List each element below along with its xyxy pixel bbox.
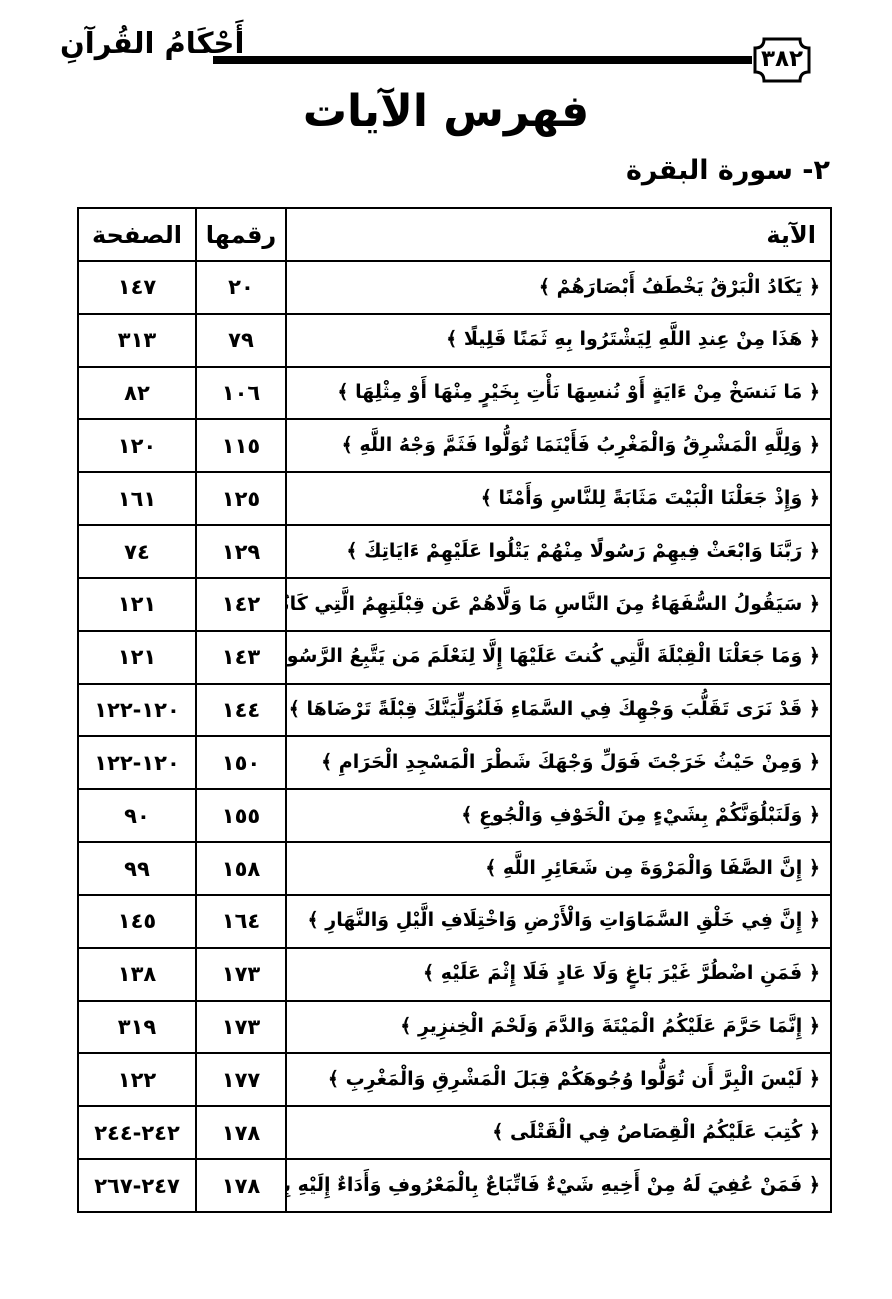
table-row: ﴿ لَيْسَ الْبِرَّ أَن تُوَلُّوا وُجُوهَك…: [78, 1053, 831, 1106]
table-row: ﴿ إِنَّمَا حَرَّمَ عَلَيْكُمُ الْمَيْتَة…: [78, 1001, 831, 1054]
number-cell: ١٢٩: [196, 525, 286, 578]
page-title: فهرس الآيات: [0, 86, 892, 137]
page-cell: ١٤٧: [78, 261, 196, 314]
number-cell: ١٧٣: [196, 1001, 286, 1054]
verse-cell: ﴿ إِنَّمَا حَرَّمَ عَلَيْكُمُ الْمَيْتَة…: [286, 1001, 831, 1054]
book-title: أَحْكَامُ القُرآنِ: [60, 26, 244, 60]
header-double-rule: [213, 56, 752, 64]
page-cell: ١٣٨: [78, 948, 196, 1001]
page-cell: ٧٤: [78, 525, 196, 578]
page-cell: ٨٢: [78, 367, 196, 420]
number-cell: ٢٠: [196, 261, 286, 314]
book-page: { "header": { "book_title": "أَحْكَامُ ا…: [0, 0, 892, 1299]
verse-cell: ﴿ إِنَّ فِي خَلْقِ السَّمَاوَاتِ وَالْأَ…: [286, 895, 831, 948]
verse-cell: ﴿ قَدْ نَرَى تَقَلُّبَ وَجْهِكَ فِي السَ…: [286, 684, 831, 737]
verse-cell: ﴿ لَيْسَ الْبِرَّ أَن تُوَلُّوا وُجُوهَك…: [286, 1053, 831, 1106]
page-cell: ٩٩: [78, 842, 196, 895]
number-cell: ١٦٤: [196, 895, 286, 948]
column-header-page: الصفحة: [78, 208, 196, 261]
number-cell: ١٧٨: [196, 1159, 286, 1212]
verse-cell: ﴿ إِنَّ الصَّفَا وَالْمَرْوَةَ مِن شَعَا…: [286, 842, 831, 895]
verse-cell: ﴿ فَمَنِ اضْطُرَّ غَيْرَ بَاغٍ وَلَا عَا…: [286, 948, 831, 1001]
table-row: ﴿ وَلَنَبْلُوَنَّكُمْ بِشَيْءٍ مِنَ الْخ…: [78, 789, 831, 842]
page-cell: ١٢١: [78, 578, 196, 631]
table-row: ﴿ وَإِذْ جَعَلْنَا الْبَيْتَ مَثَابَةً ل…: [78, 472, 831, 525]
number-cell: ١٥٥: [196, 789, 286, 842]
number-cell: ١٤٤: [196, 684, 286, 737]
table-row: ﴿ إِنَّ الصَّفَا وَالْمَرْوَةَ مِن شَعَا…: [78, 842, 831, 895]
verse-cell: ﴿ كُتِبَ عَلَيْكُمُ الْقِصَاصُ فِي الْقَ…: [286, 1106, 831, 1159]
page-cell: ٢٤٧-٢٦٧: [78, 1159, 196, 1212]
table-row: ﴿ وَلِلَّهِ الْمَشْرِقُ وَالْمَغْرِبُ فَ…: [78, 419, 831, 472]
table-row: ﴿ يَكَادُ الْبَرْقُ يَخْطَفُ أَبْصَارَهُ…: [78, 261, 831, 314]
number-cell: ١٢٥: [196, 472, 286, 525]
number-cell: ٧٩: [196, 314, 286, 367]
page-number-badge: ٣٨٢: [749, 36, 815, 84]
table-row: ﴿ هَذَا مِنْ عِندِ اللَّهِ لِيَشْتَرُوا …: [78, 314, 831, 367]
table-row: ﴿ مَا نَنسَخْ مِنْ ءَايَةٍ أَوْ نُنسِهَا…: [78, 367, 831, 420]
table-row: ﴿ وَمَا جَعَلْنَا الْقِبْلَةَ الَّتِي كُ…: [78, 631, 831, 684]
table-row: ﴿ كُتِبَ عَلَيْكُمُ الْقِصَاصُ فِي الْقَ…: [78, 1106, 831, 1159]
page-cell: ٣١٩: [78, 1001, 196, 1054]
page-cell: ١٢١: [78, 631, 196, 684]
verse-cell: ﴿ وَلِلَّهِ الْمَشْرِقُ وَالْمَغْرِبُ فَ…: [286, 419, 831, 472]
page-cell: ١٢٢: [78, 1053, 196, 1106]
page-cell: ١٢٠-١٢٢: [78, 736, 196, 789]
page-cell: ٣١٣: [78, 314, 196, 367]
page-number: ٣٨٢: [749, 36, 815, 84]
page-cell: ١٢٠-١٢٢: [78, 684, 196, 737]
verse-cell: ﴿ مَا نَنسَخْ مِنْ ءَايَةٍ أَوْ نُنسِهَا…: [286, 367, 831, 420]
verse-cell: ﴿ سَيَقُولُ السُّفَهَاءُ مِنَ النَّاسِ م…: [286, 578, 831, 631]
number-cell: ١٤٣: [196, 631, 286, 684]
table-row: ﴿ رَبَّنَا وَابْعَثْ فِيهِمْ رَسُولًا مِ…: [78, 525, 831, 578]
verse-cell: ﴿ وَإِذْ جَعَلْنَا الْبَيْتَ مَثَابَةً ل…: [286, 472, 831, 525]
table-row: ﴿ سَيَقُولُ السُّفَهَاءُ مِنَ النَّاسِ م…: [78, 578, 831, 631]
verse-cell: ﴿ رَبَّنَا وَابْعَثْ فِيهِمْ رَسُولًا مِ…: [286, 525, 831, 578]
page-cell: ١٤٥: [78, 895, 196, 948]
verse-cell: ﴿ وَمَا جَعَلْنَا الْقِبْلَةَ الَّتِي كُ…: [286, 631, 831, 684]
verse-cell: ﴿ وَمِنْ حَيْثُ خَرَجْتَ فَوَلِّ وَجْهَك…: [286, 736, 831, 789]
number-cell: ١٧٨: [196, 1106, 286, 1159]
number-cell: ١٧٣: [196, 948, 286, 1001]
table-row: ﴿ قَدْ نَرَى تَقَلُّبَ وَجْهِكَ فِي السَ…: [78, 684, 831, 737]
column-header-verse: الآية: [286, 208, 831, 261]
table-row: ﴿ وَمِنْ حَيْثُ خَرَجْتَ فَوَلِّ وَجْهَك…: [78, 736, 831, 789]
verse-cell: ﴿ هَذَا مِنْ عِندِ اللَّهِ لِيَشْتَرُوا …: [286, 314, 831, 367]
section-heading: ٢- سورة البقرة: [626, 155, 830, 186]
verse-cell: ﴿ وَلَنَبْلُوَنَّكُمْ بِشَيْءٍ مِنَ الْخ…: [286, 789, 831, 842]
number-cell: ١٥٠: [196, 736, 286, 789]
column-header-number: رقمها: [196, 208, 286, 261]
verse-cell: ﴿ يَكَادُ الْبَرْقُ يَخْطَفُ أَبْصَارَهُ…: [286, 261, 831, 314]
number-cell: ١٤٢: [196, 578, 286, 631]
table-header-row: الآية رقمها الصفحة: [78, 208, 831, 261]
page-cell: ١٦١: [78, 472, 196, 525]
page-cell: ٩٠: [78, 789, 196, 842]
number-cell: ١٠٦: [196, 367, 286, 420]
table-row: ﴿ فَمَنِ اضْطُرَّ غَيْرَ بَاغٍ وَلَا عَا…: [78, 948, 831, 1001]
number-cell: ١٧٧: [196, 1053, 286, 1106]
page-cell: ١٢٠: [78, 419, 196, 472]
table-row: ﴿ فَمَنْ عُفِيَ لَهُ مِنْ أَخِيهِ شَيْءٌ…: [78, 1159, 831, 1212]
number-cell: ١١٥: [196, 419, 286, 472]
verse-cell: ﴿ فَمَنْ عُفِيَ لَهُ مِنْ أَخِيهِ شَيْءٌ…: [286, 1159, 831, 1212]
table-row: ﴿ إِنَّ فِي خَلْقِ السَّمَاوَاتِ وَالْأَ…: [78, 895, 831, 948]
number-cell: ١٥٨: [196, 842, 286, 895]
verses-index-table: الآية رقمها الصفحة ﴿ يَكَادُ الْبَرْقُ ي…: [77, 207, 832, 1213]
page-cell: ٢٤٢-٢٤٤: [78, 1106, 196, 1159]
